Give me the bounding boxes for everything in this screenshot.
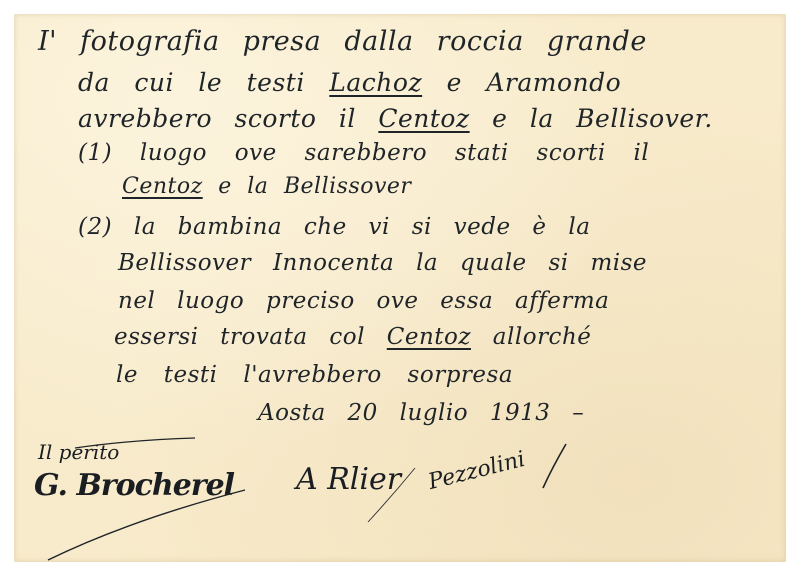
underlined-name: Centoz: [387, 324, 471, 350]
line-text: e la Bellissover: [203, 174, 412, 199]
line-text: e la Bellisover.: [470, 104, 713, 133]
signature-second: A Rlier: [296, 462, 401, 497]
line-text: avrebbero scorto il: [78, 104, 378, 133]
line-text: I' fotografia presa dalla roccia grande: [38, 26, 647, 57]
text-line-4: (1) luogo ove sarebbero stati scorti il: [78, 140, 649, 166]
line-text: e Aramondo: [422, 68, 621, 97]
line-text: da cui le testi: [78, 68, 329, 97]
line-text: le testi l'avrebbero sorpresa: [116, 362, 513, 388]
text-line-5: Centoz e la Bellissover: [122, 174, 411, 199]
text-line-8: nel luogo preciso ove essa afferma: [118, 288, 609, 314]
line-text: allorché: [471, 324, 591, 350]
text-line-7: Bellissover Innocenta la quale si mise: [118, 250, 647, 276]
signature-title: Il perito: [38, 440, 119, 464]
signature-brocherel: G. Brocherel: [34, 468, 234, 503]
line-text: (2) la bambina che vi si vede è la: [78, 214, 590, 240]
line-text: nel luogo preciso ove essa afferma: [118, 288, 609, 314]
line-text: (1) luogo ove sarebbero stati scorti il: [78, 140, 649, 166]
text-line-9: essersi trovata col Centoz allorché: [114, 324, 591, 350]
place-date-line: Aosta 20 luglio 1913 –: [258, 400, 584, 426]
text-line-3: avrebbero scorto il Centoz e la Bellisov…: [78, 104, 713, 133]
text-line-6: (2) la bambina che vi si vede è la: [78, 214, 590, 240]
underlined-name: Lachoz: [329, 68, 422, 97]
line-text: Bellissover Innocenta la quale si mise: [118, 250, 647, 276]
underlined-name: Centoz: [122, 174, 203, 199]
place-date: Aosta 20 luglio 1913 –: [258, 400, 584, 426]
text-line-1: I' fotografia presa dalla roccia grande: [38, 26, 647, 57]
text-line-2: da cui le testi Lachoz e Aramondo: [78, 68, 621, 97]
text-line-10: le testi l'avrebbero sorpresa: [116, 362, 513, 388]
line-text: essersi trovata col: [114, 324, 387, 350]
document-page: I' fotografia presa dalla roccia grande …: [0, 0, 800, 574]
underlined-name: Centoz: [378, 104, 469, 133]
